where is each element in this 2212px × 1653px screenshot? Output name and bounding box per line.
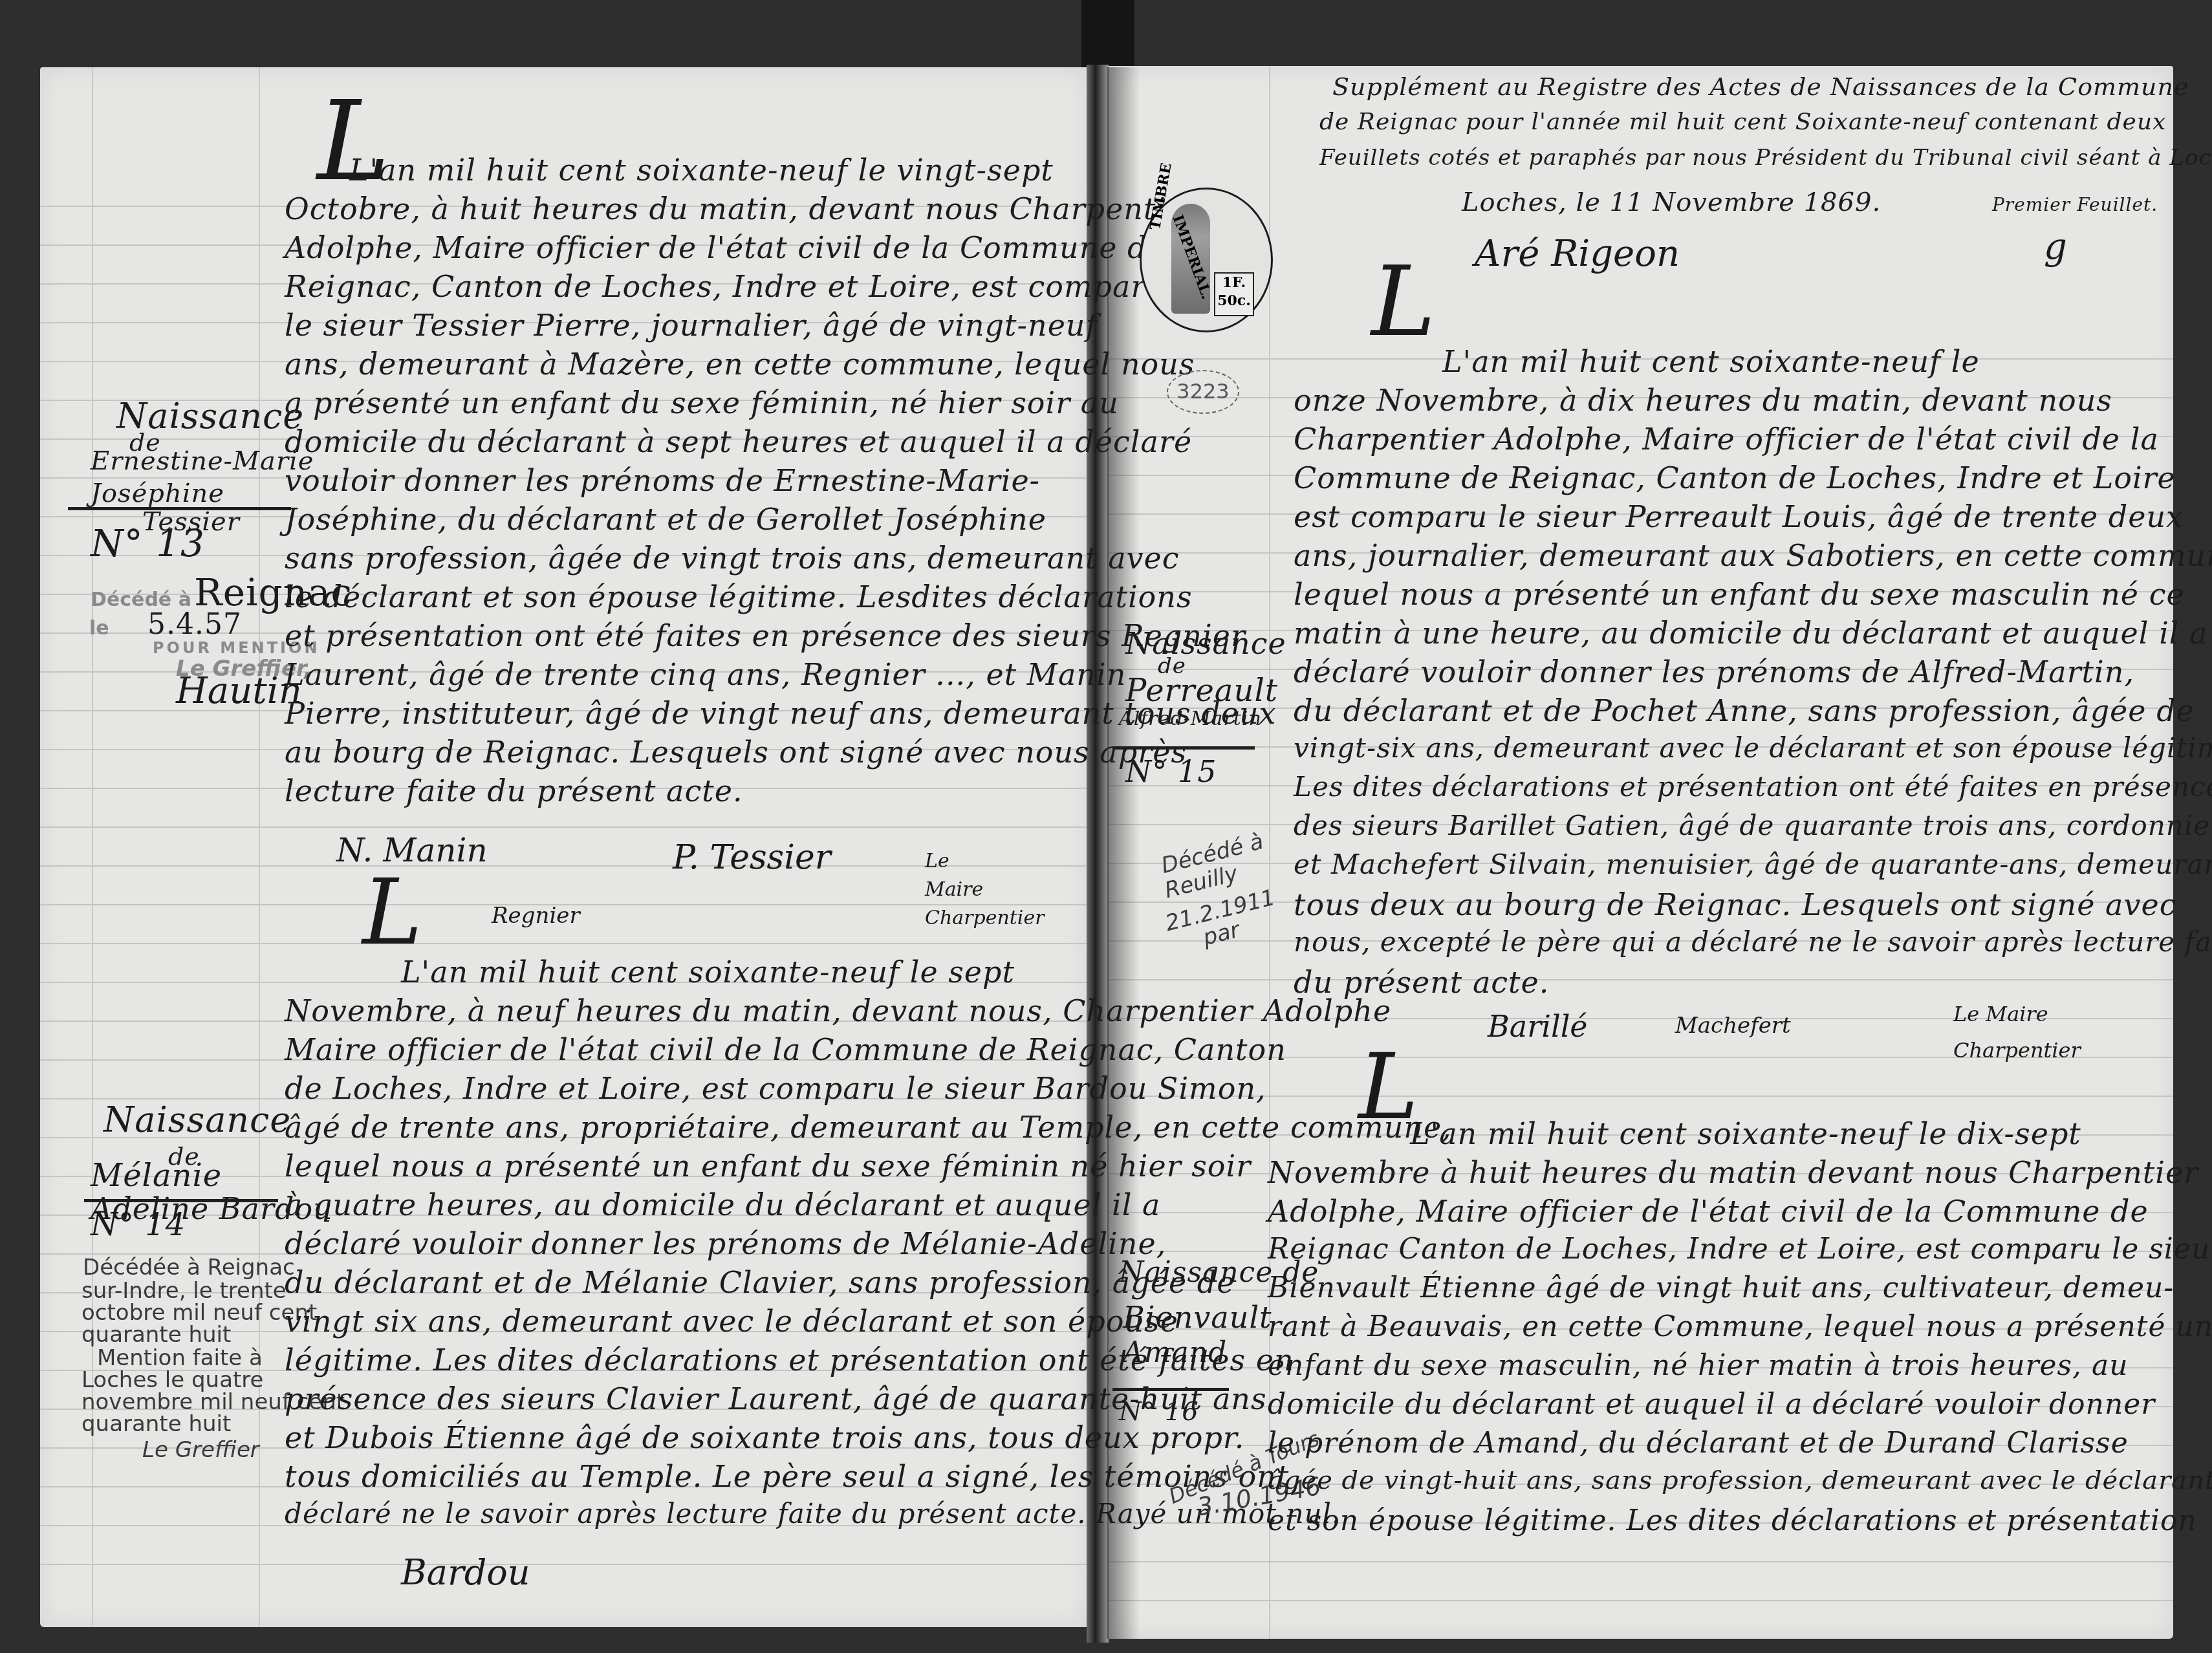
- ruled-line: [1107, 1096, 2173, 1097]
- body-line: L'an mil huit cent soixante-neuf le sept: [401, 955, 1015, 989]
- margin-title-line: Amand: [1123, 1336, 1227, 1369]
- body-line: tous deux au bourg de Reignac. Lesquels …: [1294, 887, 2176, 922]
- body-line: du présent acte.: [1294, 965, 1549, 1000]
- body-line: Bienvault Étienne âgé de vingt huit ans,…: [1268, 1271, 2174, 1304]
- margin-title-line: Alfred-Martin: [1119, 708, 1262, 730]
- body-line: domicile du déclarant et auquel il a déc…: [1268, 1388, 2155, 1421]
- ruled-line: [1107, 979, 2173, 980]
- feuillet-label: Premier Feuillet.: [1992, 194, 2158, 215]
- body-line: lequel nous a présenté un enfant du sexe…: [1294, 577, 2185, 612]
- entry-separator: [68, 507, 291, 510]
- body-line: Joséphine, du déclarant et de Gerollet J…: [285, 502, 1046, 537]
- body-line: ans, journalier, demeurant aux Sabotiers…: [1294, 538, 2212, 573]
- death-note-line: quarante huit: [81, 1322, 231, 1348]
- body-line: enfant du sexe masculin, né hier matin à…: [1268, 1349, 2129, 1382]
- supplement-header-date: Loches, le 11 Novembre 1869.: [1462, 188, 1881, 217]
- body-line: Commune de Reignac, Canton de Loches, In…: [1294, 460, 2176, 495]
- body-line: du déclarant et de Mélanie Clavier, sans…: [285, 1265, 1235, 1300]
- witness-signature: Machefert: [1675, 1013, 1791, 1039]
- supplement-header-line: Feuillets cotés et paraphés par nous Pré…: [1319, 145, 2212, 171]
- body-line: le prénom de Amand, du déclarant et de D…: [1268, 1427, 2129, 1460]
- ruled-line: [1107, 1600, 2173, 1601]
- death-note-greffier: Le Greffier: [142, 1437, 259, 1463]
- mayor-signature: Le Maire Charpentier: [925, 847, 1003, 933]
- greffier-signature: Hautin: [176, 670, 302, 712]
- body-line: Laurent, âgé de trente cinq ans, Regnier…: [285, 657, 1126, 692]
- declarant-signature: Bardou: [401, 1552, 530, 1593]
- body-line: du déclarant et de Pochet Anne, sans pro…: [1294, 693, 2195, 728]
- body-line: L'an mil huit cent soixante-neuf le ving…: [349, 153, 1054, 188]
- margin-title-line: Mélanie: [91, 1158, 222, 1194]
- body-line: Maire officier de l'état civil de la Com…: [285, 1032, 1286, 1067]
- body-line: Adolphe, Maire officier de l'état civil …: [1268, 1194, 2149, 1229]
- initial-capital-L: L: [362, 860, 422, 966]
- margin-title-line: Naissance: [103, 1099, 291, 1140]
- body-line: est comparu le sieur Perreault Louis, âg…: [1294, 499, 2184, 534]
- mayor-signature: Le Maire Charpentier: [1953, 996, 2096, 1068]
- body-line: domicile du déclarant à sept heures et a…: [285, 424, 1192, 459]
- body-line: Reignac Canton de Loches, Indre et Loire…: [1268, 1233, 2212, 1266]
- body-line: Charpentier Adolphe, Maire officier de l…: [1294, 422, 2159, 457]
- stamp-value-francs: 1F.: [1215, 274, 1253, 292]
- body-line: tous domiciliés au Temple. Le père seul …: [285, 1459, 1289, 1494]
- entry-separator: [1112, 746, 1255, 750]
- entry-number: N° 15: [1125, 754, 1217, 789]
- entry-number: N° 16: [1119, 1397, 1199, 1427]
- body-line: Octobre, à huit heures du matin, devant …: [285, 191, 1199, 226]
- body-line: et présentation ont été faites en présen…: [285, 618, 1246, 653]
- death-note-line: quarante huit: [81, 1411, 231, 1437]
- ruled-line: [40, 943, 1088, 944]
- body-line: lequel nous a présenté un enfant du sexe…: [285, 1149, 1251, 1183]
- body-line: L'an mil huit cent soixante-neuf le: [1442, 344, 1980, 379]
- body-line: le déclarant et son épouse légitime. Les…: [285, 579, 1193, 614]
- entry-separator: [1112, 1388, 1229, 1391]
- margin-title-line: Perreault: [1125, 673, 1278, 709]
- body-line: âgée de vingt-huit ans, sans profession,…: [1268, 1465, 2212, 1495]
- ruled-line: [40, 826, 1088, 828]
- margin-title-line: Ernestine-Marie: [91, 446, 314, 476]
- body-line: vingt six ans, demeurant avec le déclara…: [285, 1304, 1178, 1339]
- supplement-header-line: de Reignac pour l'année mil huit cent So…: [1319, 109, 2166, 135]
- stamp-value: 1F. 50c.: [1214, 272, 1254, 316]
- supplement-header-line: Supplément au Registre des Actes de Nais…: [1332, 72, 2189, 101]
- body-line: ans, demeurant à Mazère, en cette commun…: [285, 347, 1195, 382]
- entry-separator: [84, 1199, 278, 1202]
- body-line: et Machefert Silvain, menuisier, âgé de …: [1294, 848, 2212, 880]
- body-line: et Dubois Étienne âgé de soixante trois …: [285, 1420, 1244, 1455]
- margin-title-line: Naissance: [1125, 626, 1286, 661]
- body-line: onze Novembre, à dix heures du matin, de…: [1294, 383, 2112, 418]
- ruled-line: [1107, 1561, 2173, 1562]
- initial-capital-L: L: [1371, 246, 1436, 358]
- body-line: a présenté un enfant du sexe féminin, né…: [285, 385, 1119, 420]
- body-line: nous, excepté le père qui a déclaré ne l…: [1294, 926, 2212, 958]
- book-spine-top: [1081, 0, 1134, 67]
- body-line: matin à une heure, au domicile du déclar…: [1294, 616, 2208, 651]
- death-date: 5.4.57: [147, 608, 242, 641]
- death-stamp-le: le: [89, 617, 109, 640]
- body-line: âgé de trente ans, propriétaire, demeura…: [285, 1110, 1452, 1145]
- margin-title-line: Bienvault: [1123, 1300, 1272, 1335]
- body-line: et son épouse légitime. Les dites déclar…: [1268, 1504, 2197, 1537]
- body-line: Adolphe, Maire officier de l'état civil …: [285, 230, 1166, 265]
- body-line: au bourg de Reignac. Lesquels ont signé …: [285, 735, 1187, 770]
- body-line: de Loches, Indre et Loire, est comparu l…: [285, 1071, 1266, 1106]
- body-line: à quatre heures, au domicile du déclaran…: [285, 1187, 1160, 1222]
- paraph: g: [2044, 226, 2067, 268]
- body-line: vingt-six ans, demeurant avec le déclara…: [1294, 732, 2212, 764]
- body-line: Reignac, Canton de Loches, Indre et Loir…: [285, 269, 1166, 304]
- ruled-line: [40, 1564, 1088, 1565]
- body-line: L'an mil huit cent soixante-neuf le dix-…: [1410, 1116, 2081, 1151]
- body-line: Novembre, à neuf heures du matin, devant…: [285, 993, 1391, 1028]
- entry-number: N° 13: [91, 521, 205, 565]
- body-line: déclaré vouloir donner les prénoms de Mé…: [285, 1226, 1166, 1261]
- oval-number-stamp: 3223: [1167, 370, 1239, 414]
- body-line: Les dites déclarations et présentation o…: [1294, 771, 2212, 803]
- president-signature: Aré Rigeon: [1475, 233, 1680, 275]
- body-line: vouloir donner les prénoms de Ernestine-…: [285, 463, 1040, 498]
- declarant-signature: P. Tessier: [673, 838, 831, 877]
- body-line: lecture faite du présent acte.: [285, 773, 743, 808]
- body-line: le sieur Tessier Pierre, journalier, âgé…: [285, 308, 1098, 343]
- witness-signature: Barillé: [1488, 1009, 1588, 1044]
- stamp-value-centimes: 50c.: [1215, 292, 1253, 310]
- death-note-line: Décédée à Reignac: [83, 1255, 295, 1280]
- body-line: Novembre à huit heures du matin devant n…: [1268, 1155, 2198, 1190]
- entry-number: N° 14: [91, 1207, 186, 1243]
- body-line: sans profession, âgée de vingt trois ans…: [285, 541, 1180, 576]
- margin-title-line: Joséphine: [91, 479, 224, 508]
- witness-signature: Regnier: [492, 903, 580, 929]
- body-line: rant à Beauvais, en cette Commune, leque…: [1268, 1310, 2212, 1343]
- body-line: déclaré vouloir donner les prénoms de Al…: [1294, 654, 2134, 689]
- timbre-imperial-stamp: TIMBRE IMPERIAL. 1F. 50c.: [1140, 188, 1273, 332]
- body-line: des sieurs Barillet Gatien, âgé de quara…: [1294, 810, 2212, 841]
